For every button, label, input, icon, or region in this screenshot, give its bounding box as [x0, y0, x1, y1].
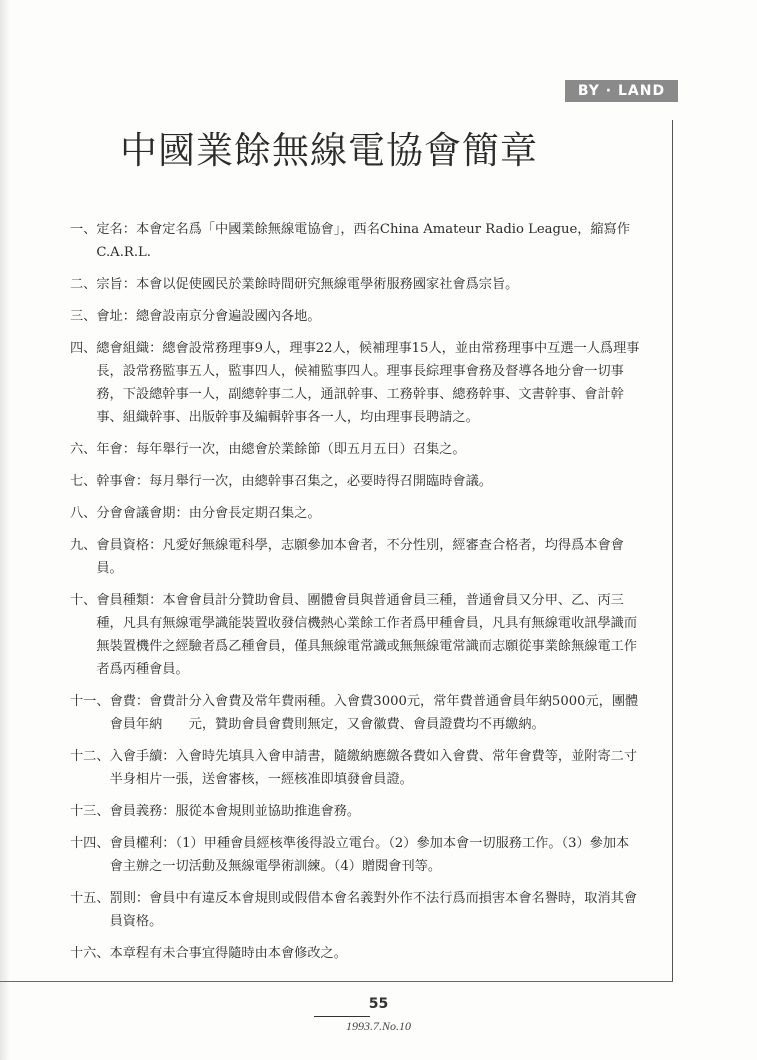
article-label: 會員義務：: [110, 804, 176, 819]
article-text: 會費計分入會費及常年費兩種。入會費3000元，常年費普通會員年納5000元，團體…: [110, 694, 639, 732]
article-1: 一、定名：本會定名爲「中國業餘無線電協會」，西名China Amateur Ra…: [70, 218, 640, 264]
article-text: 本章程有未合事宜得隨時由本會修改之。: [110, 946, 347, 961]
article-text: 每年舉行一次，由總會於業餘節（即五月五日）召集之。: [136, 442, 466, 457]
article-text: 由分會長定期召集之。: [189, 506, 321, 521]
article-2: 二、宗旨：本會以促使國民於業餘時間研究無線電學術服務國家社會爲宗旨。: [70, 273, 640, 296]
article-number: 一、: [70, 218, 96, 264]
article-list: 一、定名：本會定名爲「中國業餘無線電協會」，西名China Amateur Ra…: [70, 218, 640, 974]
article-label: 會員種類：: [96, 593, 162, 608]
article-text: （1）甲種會員經核準後得設立電台。（2）參加本會一切服務工作。（3）參加本會主辦…: [110, 836, 630, 874]
article-number: 九、: [70, 534, 96, 580]
page-title: 中國業餘無線電協會簡章: [120, 120, 580, 174]
article-text: 總會設常務理事9人，理事22人，候補理事15人，並由常務理事中互選一人爲理事長，…: [96, 341, 639, 425]
article-label: 罰則：: [110, 891, 150, 906]
article-12: 十二、入會手續：入會時先填具入會申請書，隨繳納應繳各費如入會費、常年會費等，並附…: [70, 745, 640, 791]
article-label: 分會會議會期：: [96, 506, 188, 521]
article-number: 十一、: [70, 690, 110, 736]
article-number: 十三、: [70, 800, 110, 823]
article-7: 七、幹事會：每月舉行一次，由總幹事召集之，必要時得召開臨時會議。: [70, 470, 640, 493]
article-number: 十六、: [70, 942, 110, 965]
article-text: 本會以促使國民於業餘時間研究無線電學術服務國家社會爲宗旨。: [136, 277, 518, 292]
article-text: 服從本會規則並協助推進會務。: [176, 804, 361, 819]
article-9: 九、會員資格：凡愛好無線電科學，志願參加本會者，不分性別，經審查合格者，均得爲本…: [70, 534, 640, 580]
article-text: 本會會員計分贊助會員、團體會員與普通會員三種，普通會員又分甲、乙、丙三種，凡具有…: [96, 593, 637, 677]
article-text: 會員中有違反本會規則或假借本會名義對外作不法行爲而損害本會名譽時，取消其會員資格…: [110, 891, 638, 929]
article-label: 會址：: [96, 309, 136, 324]
article-8: 八、分會會議會期：由分會長定期召集之。: [70, 502, 640, 525]
article-text: 總會設南京分會遍設國內各地。: [136, 309, 321, 324]
footer-divider: [314, 1016, 370, 1017]
article-number: 十、: [70, 589, 96, 681]
article-number: 七、: [70, 470, 96, 493]
issue-label: 1993.7.No.10: [0, 1019, 757, 1034]
article-4: 四、總會組織：總會設常務理事9人，理事22人，候補理事15人，並由常務理事中互選…: [70, 337, 640, 429]
article-text: 本會定名爲「中國業餘無線電協會」，西名China Amateur Radio L…: [96, 222, 630, 260]
article-number: 十五、: [70, 887, 110, 933]
article-15: 十五、罰則：會員中有違反本會規則或假借本會名義對外作不法行爲而損害本會名譽時，取…: [70, 887, 640, 933]
article-number: 十四、: [70, 832, 110, 878]
article-number: 三、: [70, 305, 96, 328]
article-label: 定名：: [96, 222, 136, 237]
article-label: 總會組織：: [96, 341, 162, 356]
article-label: 會員資格：: [96, 538, 162, 553]
article-6: 六、年會：每年舉行一次，由總會於業餘節（即五月五日）召集之。: [70, 438, 640, 461]
article-text: 入會時先填具入會申請書，隨繳納應繳各費如入會費、常年會費等，並附寄二寸半身相片一…: [110, 749, 638, 787]
article-label: 入會手續：: [110, 749, 176, 764]
article-label: 宗旨：: [96, 277, 136, 292]
article-3: 三、會址：總會設南京分會遍設國內各地。: [70, 305, 640, 328]
article-label: 幹事會：: [96, 474, 149, 489]
article-text: 每月舉行一次，由總幹事召集之，必要時得召開臨時會議。: [149, 474, 492, 489]
article-11: 十一、會費：會費計分入會費及常年費兩種。入會費3000元，常年費普通會員年納50…: [70, 690, 640, 736]
article-16: 十六、本章程有未合事宜得隨時由本會修改之。: [70, 942, 640, 965]
article-14: 十四、會員權利：（1）甲種會員經核準後得設立電台。（2）參加本會一切服務工作。（…: [70, 832, 640, 878]
article-number: 八、: [70, 502, 96, 525]
page-number: 55: [0, 996, 757, 1012]
article-number: 二、: [70, 273, 96, 296]
article-text: 凡愛好無線電科學，志願參加本會者，不分性別，經審查合格者，均得爲本會會員。: [96, 538, 624, 576]
article-number: 四、: [70, 337, 96, 429]
article-13: 十三、會員義務：服從本會規則並協助推進會務。: [70, 800, 640, 823]
article-10: 十、會員種類：本會會員計分贊助會員、團體會員與普通會員三種，普通會員又分甲、乙、…: [70, 589, 640, 681]
frame-border-right: [672, 120, 673, 982]
section-badge: BY · LAND: [565, 80, 678, 102]
page-edge-shadow: [0, 0, 10, 1060]
frame-border-bottom: [0, 981, 673, 982]
article-number: 十二、: [70, 745, 110, 791]
article-label: 會員權利：: [110, 836, 176, 851]
article-number: 六、: [70, 438, 96, 461]
article-label: 會費：: [110, 694, 150, 709]
article-label: 年會：: [96, 442, 136, 457]
